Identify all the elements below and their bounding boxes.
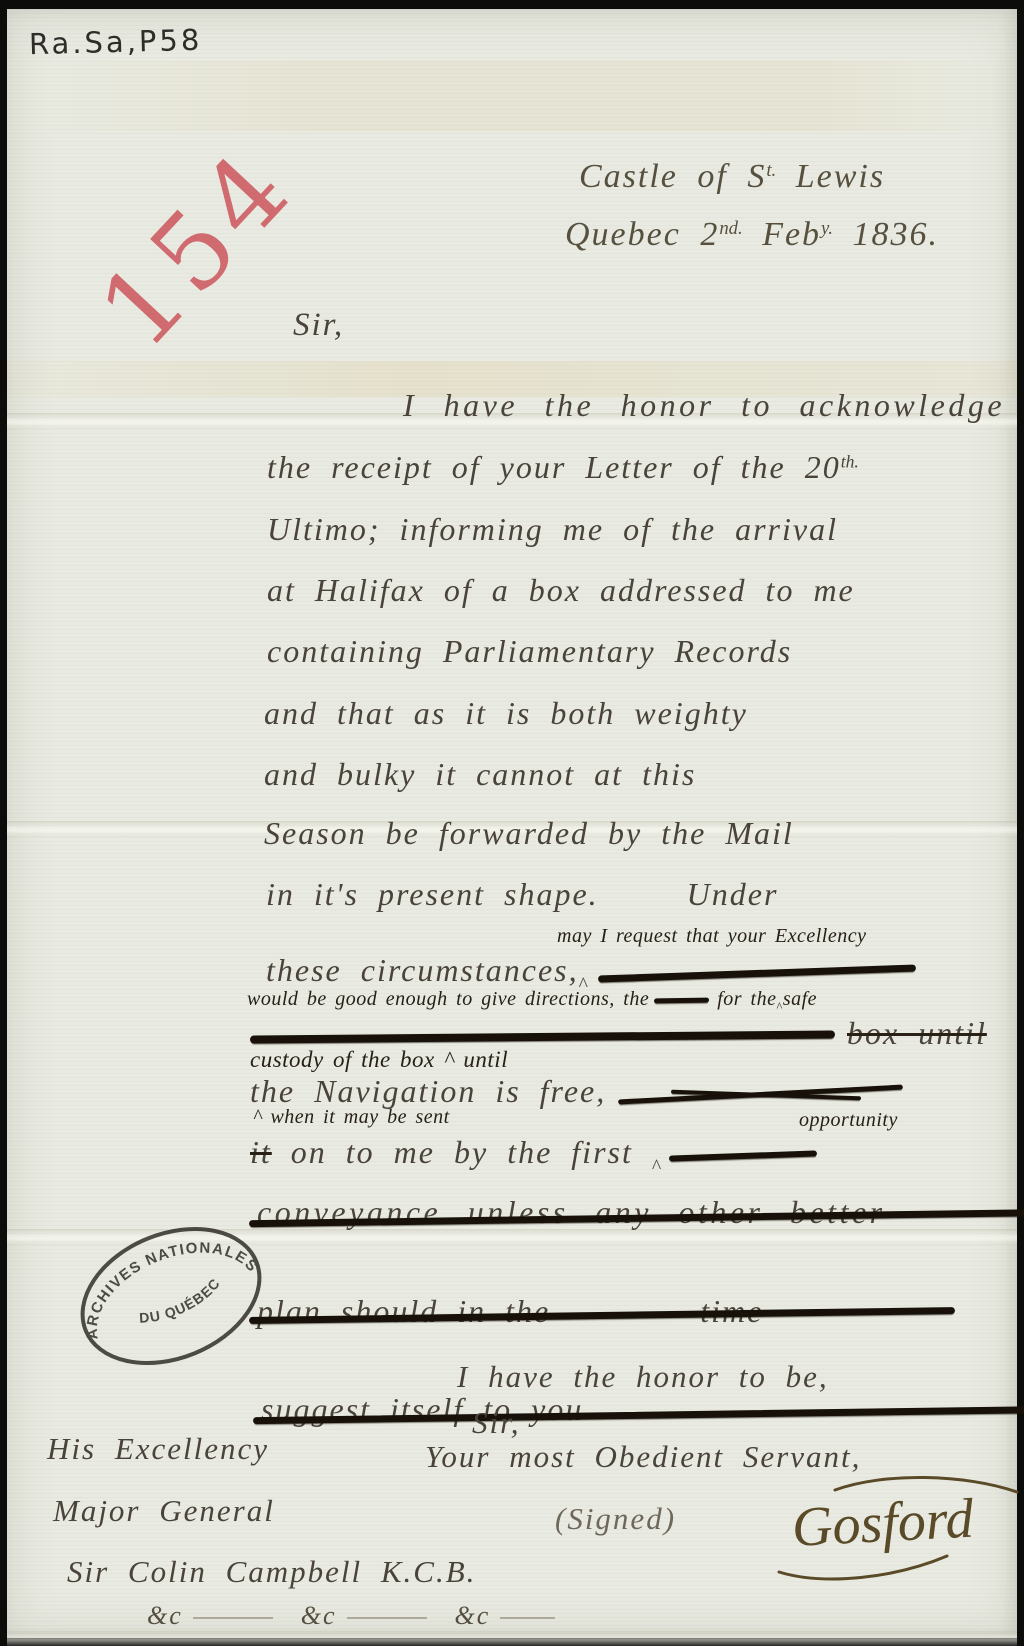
letter-line: at Halifax of a box addressed to me <box>267 572 855 609</box>
letter-line: and that as it is both weighty <box>264 695 748 732</box>
strikethrough-bar <box>598 965 916 983</box>
text-segment: suggest itself to you <box>261 1391 583 1427</box>
red-page-number: 154 <box>76 125 317 371</box>
text-segment: for the <box>717 988 776 1010</box>
etc-rule <box>193 1617 273 1619</box>
text-segment: custody of the box ^ until <box>250 1047 508 1072</box>
letter-line: I have the honor to be, <box>457 1359 829 1395</box>
signature: Gosford <box>765 1464 1024 1594</box>
text-segment: Season be forwarded by the Mail <box>264 815 794 851</box>
text-segment: Feb <box>743 216 821 253</box>
text-segment: time <box>700 1293 763 1329</box>
text-segment: in it's present shape. <box>266 876 599 912</box>
letter-line: plan should in thetime <box>257 1293 947 1330</box>
fold-crease <box>7 1631 1017 1646</box>
text-segment: on to me by the first <box>272 1134 652 1170</box>
text-segment: may I request that your Excellency <box>557 925 866 947</box>
letter-line: suggest itself to you <box>261 1391 1024 1428</box>
etc-rule <box>347 1617 427 1619</box>
text-segment: (Signed) <box>555 1501 676 1536</box>
letter-line: (Signed) <box>555 1501 676 1537</box>
text-segment: Under <box>687 876 779 912</box>
letter-line: would be good enough to give directions,… <box>247 988 817 1014</box>
text-segment: Major General <box>53 1493 275 1528</box>
stamp-text-bottom: DU QUÉBEC <box>132 1272 228 1332</box>
text-segment: ^ <box>652 1156 663 1178</box>
text-segment: it <box>250 1134 272 1170</box>
archival-code: Ra.Sa,P58 <box>29 23 203 62</box>
letter-line: containing Parliamentary Records <box>267 633 792 670</box>
letter-line: Sir, <box>472 1405 521 1441</box>
letter-line: Quebec 2nd. Feby. 1836. <box>565 215 939 254</box>
letter-line: Sir Colin Campbell K.C.B. <box>67 1554 476 1590</box>
text-segment: these circumstances, <box>266 952 579 988</box>
text-segment: Sir, <box>293 307 344 343</box>
text-segment: &c <box>455 1601 491 1630</box>
letter-line: Sir, <box>293 307 344 345</box>
letter-line: Castle of St. Lewis <box>579 157 885 196</box>
text-segment: ^ when it may be sent <box>253 1106 450 1128</box>
text-segment: Sir Colin Campbell K.C.B. <box>67 1554 476 1589</box>
paper-sheet: Ra.Sa,P58 154 Castle of St. LewisQuebec … <box>7 9 1017 1638</box>
text-segment: and that as it is both weighty <box>264 695 748 731</box>
text-segment: &c <box>147 1601 183 1630</box>
strikethrough-bar <box>654 997 709 1003</box>
text-segment: t. <box>766 160 776 181</box>
signature-name: Gosford <box>790 1488 976 1559</box>
letter-line: Major General <box>53 1493 275 1529</box>
svg-text:DU QUÉBEC: DU QUÉBEC <box>132 1272 228 1332</box>
text-segment: conveyance unless any other better <box>257 1194 886 1230</box>
letter-line: Season be forwarded by the Mail <box>264 815 794 852</box>
text-segment: y. <box>821 218 833 239</box>
text-segment: I have the honor to acknowledge <box>403 387 1005 423</box>
letter-line: may I request that your Excellency <box>557 925 866 948</box>
text-segment: Castle of S <box>579 158 766 195</box>
strikethrough-bar <box>250 1030 835 1043</box>
text-segment: Sir, <box>472 1405 521 1440</box>
text-segment: box until <box>847 1015 987 1051</box>
letter-line: opportunity <box>799 1109 898 1132</box>
text-segment: Quebec 2 <box>565 216 719 253</box>
text-segment: Ultimo; informing me of the arrival <box>267 511 838 547</box>
text-segment: th. <box>841 451 859 471</box>
letter-line: it on to me by the first ^ <box>250 1134 817 1179</box>
text-segment: at Halifax of a box addressed to me <box>267 572 855 608</box>
letter-line: &c&c&c <box>147 1601 555 1631</box>
text-segment: the receipt of your Letter of the 20 <box>267 449 841 485</box>
letter-line: custody of the box ^ until <box>250 1047 508 1073</box>
letter-line: His Excellency <box>47 1431 269 1467</box>
etc-rule <box>500 1617 555 1619</box>
letter-line: in it's present shape.Under <box>266 876 778 913</box>
text-segment: plan should in the <box>257 1293 550 1329</box>
text-segment: Lewis <box>776 158 885 195</box>
scanned-letter-page: Ra.Sa,P58 154 Castle of St. LewisQuebec … <box>0 0 1024 1646</box>
text-segment: 1836. <box>833 216 939 253</box>
text-segment: His Excellency <box>47 1431 269 1466</box>
text-segment: and bulky it cannot at this <box>264 756 696 792</box>
signature-underline <box>779 1556 947 1579</box>
text-segment: I have the honor to be, <box>457 1359 829 1394</box>
letter-line: I have the honor to acknowledge <box>403 387 1005 424</box>
text-segment: nd. <box>719 218 742 239</box>
letter-line: conveyance unless any other better <box>257 1194 1024 1231</box>
text-segment: opportunity <box>799 1109 898 1131</box>
text-segment: would be good enough to give directions,… <box>247 988 649 1010</box>
text-segment: safe <box>783 988 817 1010</box>
text-segment: &c <box>301 1601 337 1630</box>
letter-line: Ultimo; informing me of the arrival <box>267 511 838 548</box>
letter-line: and bulky it cannot at this <box>264 756 696 793</box>
letter-line: the Navigation is free, <box>250 1073 861 1110</box>
text-segment: the Navigation is free, <box>250 1073 606 1109</box>
strikethrough-bar <box>669 1150 817 1161</box>
letter-line: the receipt of your Letter of the 20th. <box>267 449 859 486</box>
text-segment: containing Parliamentary Records <box>267 633 792 669</box>
letter-line: ^ when it may be sent <box>253 1106 450 1129</box>
